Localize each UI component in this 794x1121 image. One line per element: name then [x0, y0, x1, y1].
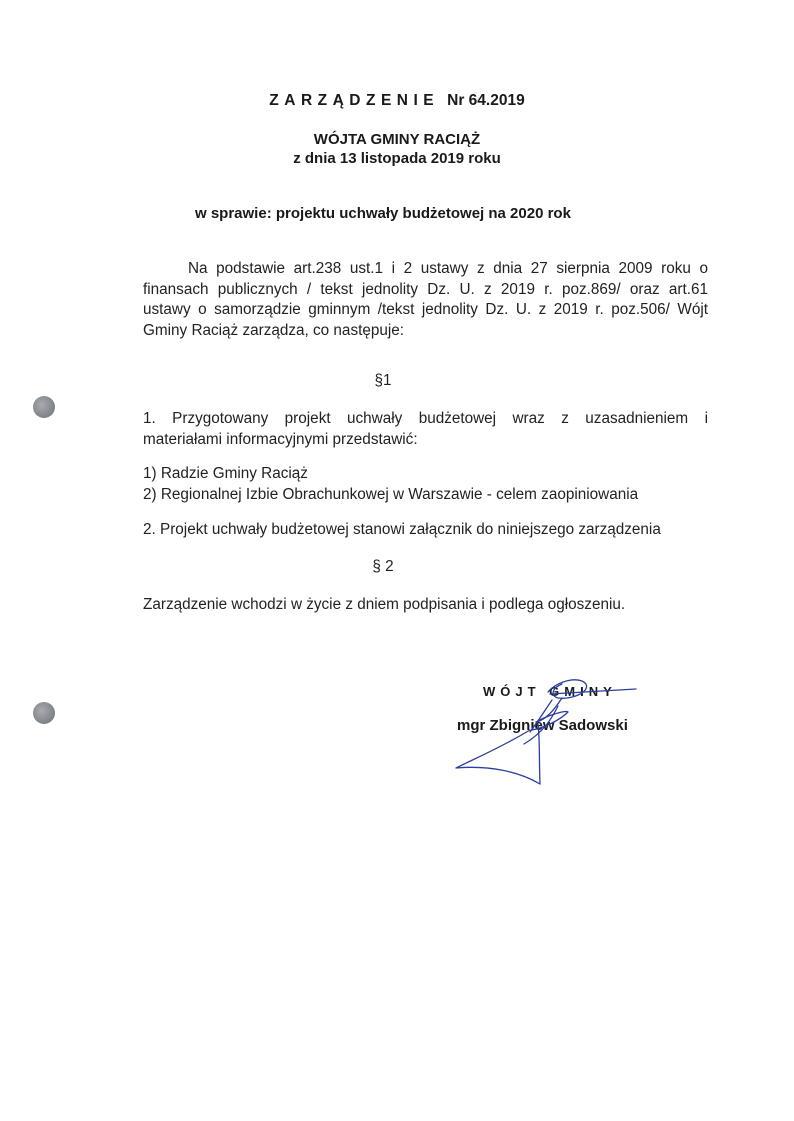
preamble-line: Na podstawie art.238 ust.1 i 2 ustawy z … — [143, 259, 708, 280]
date-line: z dnia 13 listopada 2019 roku — [0, 150, 794, 167]
issuer: WÓJTA GMINY RACIĄŻ — [0, 131, 794, 148]
punch-hole-bottom — [33, 702, 55, 724]
point1-line: materiałami informacyjnymi przedstawić: — [143, 430, 708, 451]
recipient-item: 2) Regionalnej Izbie Obrachunkowej w War… — [143, 485, 708, 506]
preamble-line: Gminy Raciąż zarządza, co następuje: — [143, 321, 708, 342]
recipients-list: 1) Radzie Gminy Raciąż 2) Regionalnej Iz… — [143, 464, 708, 505]
point1-line: 1. Przygotowany projekt uchwały budżetow… — [143, 409, 708, 430]
preamble: Na podstawie art.238 ust.1 i 2 ustawy z … — [143, 259, 708, 341]
section1-heading: §1 — [143, 371, 623, 392]
subject: w sprawie: projektu uchwały budżetowej n… — [195, 205, 571, 222]
punch-hole-top — [33, 396, 55, 418]
section2-text: Zarządzenie wchodzi w życie z dniem podp… — [143, 595, 708, 616]
handwritten-signature — [440, 660, 660, 790]
title-word: ZARZĄDZENIE — [269, 92, 439, 109]
section2-heading: § 2 — [143, 557, 623, 578]
title-number: Nr 64.2019 — [447, 92, 525, 109]
section1-point1: 1. Przygotowany projekt uchwały budżetow… — [143, 409, 708, 450]
section1-point2: 2. Projekt uchwały budżetowej stanowi za… — [143, 520, 708, 541]
document-title: ZARZĄDZENIENr 64.2019 — [0, 92, 794, 110]
preamble-line: finansach publicznych / tekst jednolity … — [143, 280, 708, 301]
recipient-item: 1) Radzie Gminy Raciąż — [143, 464, 708, 485]
preamble-line: ustawy o samorządzie gminnym /tekst jedn… — [143, 300, 708, 321]
